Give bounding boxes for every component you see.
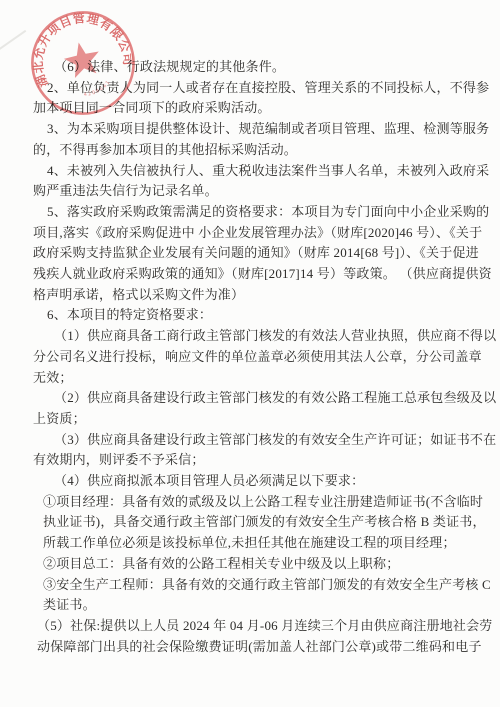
text-line: （3）供应商具备建设行政主管部门核发的有效安全生产许可证；如证书不在	[33, 430, 470, 451]
text-line: 上资质；	[33, 409, 470, 430]
text-line: 格声明承诺，格式以采购文件为准）	[33, 285, 470, 306]
text-line: 无效；	[33, 368, 470, 389]
text-line: 2、单位负责人为同一人或者存在直接控股、管理关系的不同投标人，不得参	[33, 78, 470, 99]
text-line: 5、落实政府采购政策需满足的资格要求：本项目为专门面向中小企业采购的	[33, 202, 470, 223]
text-line: 动保障部门出具的社会保险缴费证明(需加盖人社部门公章)或带二维码和电子	[33, 637, 470, 658]
document-page: （6）法律、行政法规规定的其他条件。2、单位负责人为同一人或者存在直接控股、管理…	[0, 0, 500, 707]
text-line: 4、未被列入失信被执行人、重大税收违法案件当事人名单，未被列入政府采	[33, 161, 470, 182]
text-line: （4）供应商拟派本项目管理人员必须满足以下要求：	[33, 471, 470, 492]
text-line: 加本项目同一合同项下的政府采购活动。	[33, 98, 470, 119]
text-line: 残疾人就业政府采购政策的通知》（财库[2017]14 号）等政策。 （供应商提供…	[33, 264, 470, 285]
text-line: 执业证书)，具备交通行政主管部门颁发的有效安全生产考核合格 B 类证书，	[33, 512, 470, 533]
text-line: （1）供应商具备工商行政主管部门核发的有效法人营业执照，供应商不得以	[33, 326, 470, 347]
document-body: （6）法律、行政法规规定的其他条件。2、单位负责人为同一人或者存在直接控股、管理…	[33, 57, 470, 657]
text-line: 有效期内，则评委不予采信；	[33, 450, 470, 471]
text-line: 项目,落实《政府采购促进中 小企业发展管理办法》（财库[2020]46 号）、《…	[33, 223, 470, 244]
text-line: ③安全生产工程师：具备有效的交通行政主管部门颁发的有效安全生产考核 C	[33, 575, 470, 596]
text-line: （6）法律、行政法规规定的其他条件。	[33, 57, 470, 78]
text-line: （2）供应商具备建设行政主管部门核发的有效公路工程施工总承包叁级及以	[33, 388, 470, 409]
text-line: ①项目经理：具备有效的贰级及以上公路工程专业注册建造师证书(不含临时	[33, 492, 470, 513]
text-line: 6、本项目的特定资格要求：	[33, 305, 470, 326]
text-line: 3、为本采购项目提供整体设计、规范编制或者项目管理、监理、检测等服务	[33, 119, 470, 140]
text-line: 分公司名义进行投标，响应文件的单位盖章必须使用其法人公章，分公司盖章	[33, 347, 470, 368]
text-line: 购严重违法失信行为记录名单。	[33, 181, 470, 202]
text-line: 政府采购支持监狱企业发展有关问题的通知》（财库 2014[68 号]）、《关于促…	[33, 243, 470, 264]
text-line: 类证书。	[33, 595, 470, 616]
text-line: 所载工作单位必须是该投标单位,未担任其他在施建设工程的项目经理；	[33, 533, 470, 554]
text-line: ②项目总工：具备有效的公路工程相关专业中级及以上职称；	[33, 554, 470, 575]
scan-edge-artifact	[0, 30, 26, 52]
text-line: （5）社保:提供以上人员 2024 年 04 月-06 月连续三个月由供应商注册…	[33, 616, 470, 637]
text-line: 的，不得再参加本项目的其他招标采购活动。	[33, 140, 470, 161]
